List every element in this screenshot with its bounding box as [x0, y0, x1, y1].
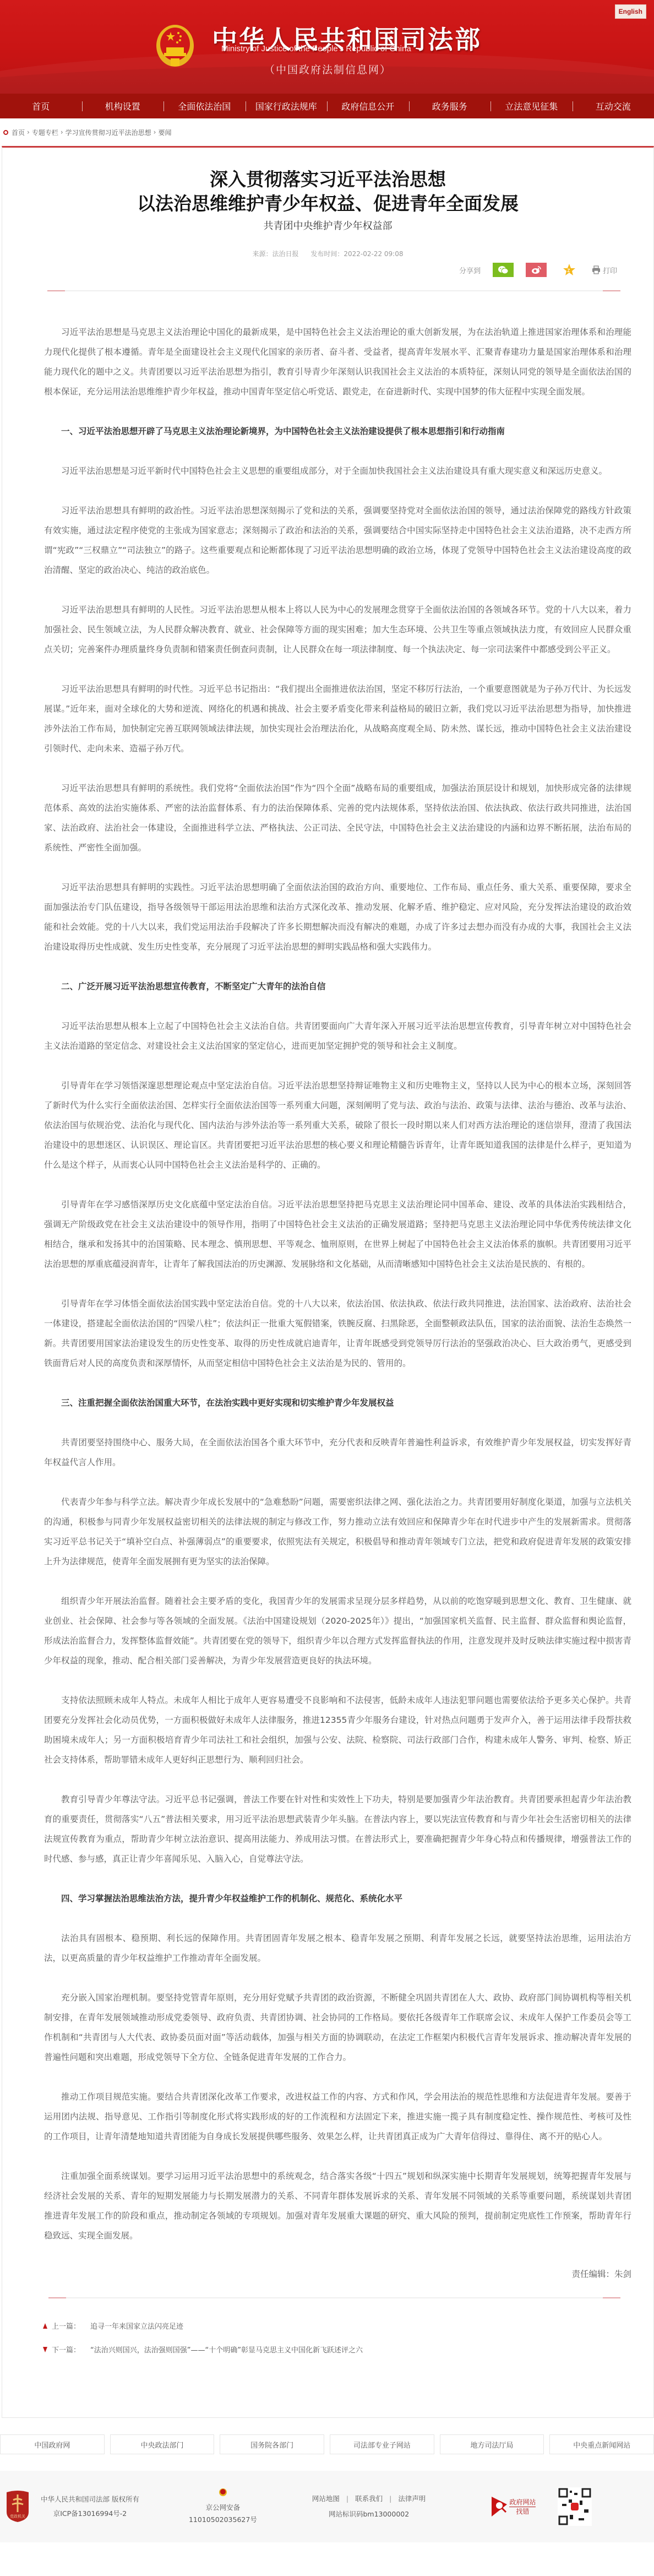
police-emblem-icon: [219, 2488, 227, 2498]
find-error-line1: 政府网站: [509, 2498, 536, 2507]
site-title-english: Ministry of Justice of the People's Repu…: [221, 44, 411, 53]
paragraph: 推动工作项目规范实施。要结合共青团深化改革工作要求，改进权益工作的内容、方式和作…: [44, 2087, 631, 2146]
english-button[interactable]: English: [615, 4, 646, 19]
paragraph: 充分嵌入国家治理机制。要坚持党管青年原则，充分用好党赋予共青团的政治资源，不断健…: [44, 1988, 631, 2067]
breadcrumb-study-column[interactable]: 学习宣传贯彻习近平法治思想: [66, 128, 151, 137]
prev-label: 上一篇：: [52, 2320, 80, 2331]
breadcrumb-topics[interactable]: 专题专栏: [32, 128, 58, 137]
nav-item-legislation-opinions[interactable]: 立法意见征集: [490, 100, 573, 112]
paragraph: 习近平法治思想具有鲜明的系统性。我们党将“全面依法治国”作为“四个全面”战略布局…: [44, 778, 631, 858]
divider: |: [346, 2494, 348, 2503]
copyright-text: 中华人民共和国司法部 版权所有: [41, 2492, 139, 2507]
paragraph: 习近平法治思想具有鲜明的人民性。习近平法治思想从根本上将以人民为中心的发展理念贯…: [44, 600, 631, 659]
magnifier-flag-icon: [492, 2496, 507, 2518]
print-label: 打印: [603, 265, 617, 275]
qr-code-icon: [558, 2487, 592, 2526]
gov-site-find-error-button[interactable]: 政府网站 找错: [492, 2493, 541, 2520]
paragraph: 习近平法治思想是习近平新时代中国特色社会主义思想的重要组成部分，对于全面加快我国…: [44, 461, 631, 481]
location-icon: [3, 130, 8, 135]
share-label: 分享到: [459, 265, 481, 275]
link-gov-cn[interactable]: 中国政府网: [0, 2434, 105, 2454]
nav-item-interaction[interactable]: 互动交流: [573, 100, 654, 112]
section-heading: 四、学习掌握法治思维法治方法，提升青少年权益维护工作的机制化、规范化、系统化水平: [44, 1889, 631, 1908]
article-title-line2: 以法治思维维护青少年权益、促进青年全面发展: [2, 192, 653, 216]
article-divider-bottom: [48, 2297, 620, 2298]
paragraph: 代表青少年参与科学立法。解决青少年成长发展中的“急难愁盼”问题，需要密织法律之网…: [44, 1492, 631, 1571]
breadcrumb-separator: ›: [61, 128, 63, 136]
paragraph: 引导青年在学习体悟全面依法治国实践中坚定法治自信。党的十八大以来，依法治国、依法…: [44, 1294, 631, 1373]
article-publish-time: 发布时间：2022-02-22 09:08: [310, 250, 403, 258]
paragraph: 法治具有固根本、稳预期、利长远的保障作用。共青团固青年发展之根本、稳青年发展之预…: [44, 1928, 631, 1968]
divider: |: [389, 2494, 391, 2503]
article-meta: 来源：法治日报 发布时间：2022-02-22 09:08: [2, 249, 653, 258]
party-gov-badge-icon[interactable]: 党政机关: [6, 2490, 30, 2523]
next-article-row: 下一篇： “法治兴则国兴，法治强则国强”——“十个明确”彰显马克思主义中国化新飞…: [43, 2344, 653, 2355]
nav-item-organization[interactable]: 机构设置: [82, 100, 164, 112]
link-moj-subsites[interactable]: 司法部专业子网站: [330, 2434, 434, 2454]
paragraph: 习近平法治思想具有鲜明的时代性。习近平总书记指出：“我们提出全面推进依法治国，坚…: [44, 679, 631, 758]
paragraph: 注重加强全面系统谋划。要学习运用习近平法治思想中的系统观念，结合落实各级“十四五…: [44, 2166, 631, 2246]
paragraph: 习近平法治思想具有鲜明的实践性。习近平法治思想明确了全面依法治国的政治方向、重要…: [44, 877, 631, 957]
wechat-icon: [498, 265, 509, 274]
police-record-label: 京公网安备: [189, 2502, 257, 2514]
section-heading: 三、注重把握全面依法治国重大环节，在法治实践中更好实现和切实维护青少年发展权益: [44, 1393, 631, 1413]
weibo-icon: [531, 265, 542, 274]
paragraph: 教育引导青少年尊法守法。习近平总书记强调，普法工作要在针对性和实效性上下功夫，特…: [44, 1789, 631, 1869]
national-emblem-icon: [154, 23, 196, 68]
paragraph: 共青团要坚持围绕中心、服务大局，在全面依法治国各个重大环节中，充分代表和反映青年…: [44, 1433, 631, 1472]
paragraph: 引导青年在学习感悟深厚历史文化底蕴中坚定法治自信。习近平法治思想坚持把马克思主义…: [44, 1195, 631, 1274]
svg-text:党政机关: 党政机关: [10, 2514, 25, 2519]
article-title: 深入贯彻落实习近平法治思想 以法治思维维护青少年权益、促进青年全面发展: [2, 167, 653, 216]
nav-item-info-disclosure[interactable]: 政府信息公开: [327, 100, 409, 112]
paragraph: 引导青年在学习领悟深邃思想理论观点中坚定法治自信。习近平法治思想坚持辩证唯物主义…: [44, 1076, 631, 1175]
prev-next-nav: 上一篇： 追寻一年来国家立法闪亮足迹 下一篇： “法治兴则国兴，法治强则国强”—…: [2, 2298, 653, 2417]
paragraph: 习近平法治思想从根本上立起了中国特色社会主义法治自信。共青团要面向广大青年深入开…: [44, 1016, 631, 1056]
breadcrumb-news[interactable]: 要闻: [158, 128, 171, 137]
breadcrumb-separator: ›: [27, 128, 30, 136]
legal-notice-link[interactable]: 法律声明: [398, 2494, 426, 2503]
nav-item-home[interactable]: 首页: [0, 100, 82, 112]
arrow-up-icon: [43, 2323, 47, 2329]
prev-article-link[interactable]: 追寻一年来国家立法闪亮足迹: [90, 2320, 183, 2331]
paragraph: 习近平法治思想是马克思主义法治理论中国化的最新成果，是中国特色社会主义法治理论的…: [44, 322, 631, 402]
police-record-block[interactable]: 京公网安备 11010502035627号: [189, 2488, 257, 2526]
paragraph: 支持依法照顾未成年人特点。未成年人相比于成年人更容易遭受不良影响和不法侵害，低龄…: [44, 1690, 631, 1770]
icp-number[interactable]: 京ICP备13016994号-2: [41, 2507, 139, 2521]
site-footer: 党政机关 中华人民共和国司法部 版权所有 京ICP备13016994号-2 京公…: [0, 2471, 654, 2542]
paragraph: 习近平法治思想具有鲜明的政治性。习近平法治思想深刻揭示了党和法的关系，强调要坚持…: [44, 501, 631, 580]
breadcrumb: 首页 › 专题专栏 › 学习宣传贯彻习近平法治思想 › 要闻: [0, 118, 654, 146]
section-heading: 二、广泛开展习近平法治思想宣传教育，不断坚定广大青年的法治自信: [44, 977, 631, 996]
link-state-council-depts[interactable]: 国务院各部门: [220, 2434, 324, 2454]
next-label: 下一篇：: [52, 2344, 80, 2355]
link-local-justice-bureaus[interactable]: 地方司法厅局: [440, 2434, 544, 2454]
copyright-block: 中华人民共和国司法部 版权所有 京ICP备13016994号-2: [41, 2492, 139, 2521]
site-header: English 中华人民共和国司法部 Ministry of Justice o…: [0, 0, 654, 94]
article-divider: [47, 290, 620, 291]
site-code: 网站标识码bm13000002: [312, 2507, 426, 2522]
article-author: 共青团中央维护青少年权益部: [2, 218, 653, 232]
share-qzone-button[interactable]: Z: [559, 263, 580, 277]
article-body: 习近平法治思想是马克思主义法治理论中国化的最新成果，是中国特色社会主义法治理论的…: [2, 291, 653, 2246]
breadcrumb-separator: ›: [154, 128, 156, 136]
next-article-link[interactable]: “法治兴则国兴，法治强则国强”——“十个明确”彰显马克思主义中国化新飞跃述评之六: [90, 2344, 363, 2355]
share-weibo-button[interactable]: [526, 263, 547, 277]
printer-icon: [592, 265, 601, 274]
link-central-news-sites[interactable]: 中央重点新闻网站: [549, 2434, 654, 2454]
qzone-star-icon: Z: [563, 263, 576, 276]
contact-link[interactable]: 联系我们: [355, 2494, 383, 2503]
share-wechat-button[interactable]: [493, 263, 514, 277]
prev-article-row: 上一篇： 追寻一年来国家立法闪亮足迹: [43, 2320, 653, 2331]
related-sites-row: 中国政府网 中央政法部门 国务院各部门 司法部专业子网站 地方司法厅局 中央重点…: [0, 2418, 654, 2454]
nav-item-regulations-db[interactable]: 国家行政法规库: [246, 100, 328, 112]
find-error-line2: 找错: [509, 2507, 536, 2516]
police-record-number: 11010502035627号: [189, 2514, 257, 2526]
article-source: 来源：法治日报: [253, 250, 299, 258]
responsible-editor: 责任编辑：朱剑: [2, 2268, 653, 2280]
nav-item-rule-of-law[interactable]: 全面依法治国: [163, 100, 246, 112]
article-title-line1: 深入贯彻落实习近平法治思想: [2, 167, 653, 192]
print-button[interactable]: 打印: [592, 265, 617, 275]
paragraph: 组织青少年开展法治监督。随着社会主要矛盾的变化，我国青少年的发展需求呈现分层多样…: [44, 1591, 631, 1671]
main-nav: 首页 机构设置 全面依法治国 国家行政法规库 政府信息公开 政务服务 立法意见征…: [0, 94, 654, 118]
share-bar: 分享到 Z 打印: [2, 263, 653, 277]
nav-item-services[interactable]: 政务服务: [409, 100, 491, 112]
svg-text:Z: Z: [567, 268, 570, 273]
sitemap-link[interactable]: 网站地图: [312, 2494, 340, 2503]
section-heading: 一、习近平法治思想开辟了马克思主义法治理论新境界，为中国特色社会主义法治建设提供…: [44, 421, 631, 441]
arrow-down-icon: [43, 2347, 47, 2352]
article-container: 深入贯彻落实习近平法治思想 以法治思维维护青少年权益、促进青年全面发展 共青团中…: [2, 146, 654, 2418]
link-central-political-legal[interactable]: 中央政法部门: [110, 2434, 215, 2454]
breadcrumb-home[interactable]: 首页: [12, 128, 25, 137]
site-subtitle: （中国政府法制信息网）: [264, 62, 391, 77]
footer-links-block: 网站地图|联系我们|法律声明 网站标识码bm13000002: [312, 2491, 426, 2522]
